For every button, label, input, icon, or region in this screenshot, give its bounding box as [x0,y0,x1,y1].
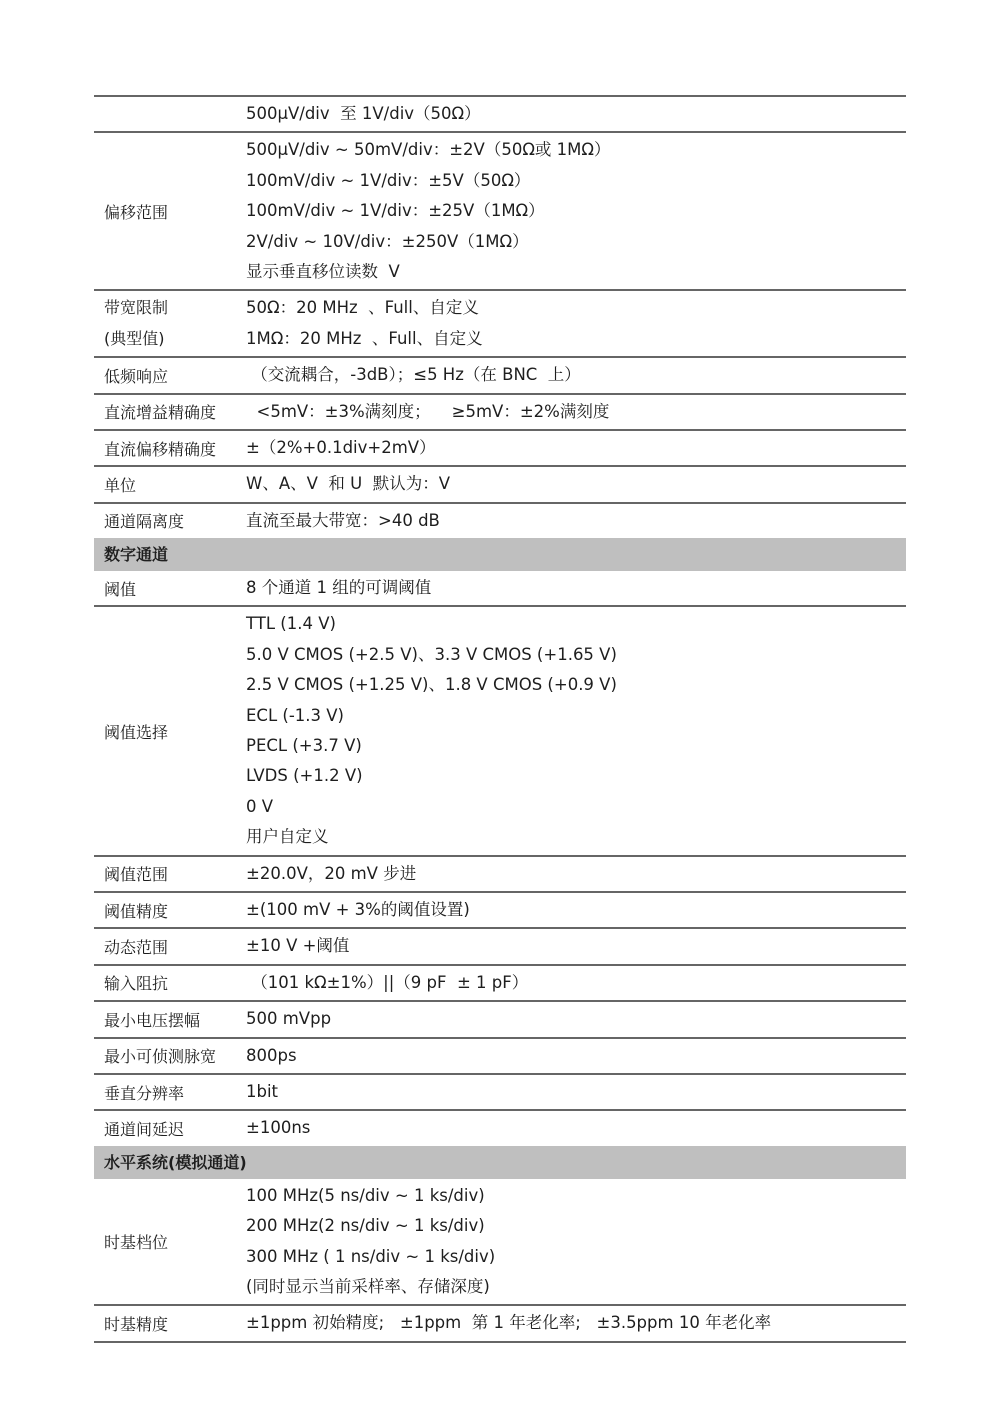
spec-row-vertical-sensitivity: 500μV/div 至 1V/div（50Ω） [94,95,906,133]
label-line: (典型值) [104,324,165,355]
value-line: （101 kΩ±1%）||（9 pF ± 1 pF） [246,968,906,998]
value-line: 100mV/div ~ 1V/div：±5V（50Ω） [246,166,906,196]
spec-row-offset-range: 偏移范围 500μV/div ~ 50mV/div：±2V（50Ω或 1MΩ） … [94,133,906,291]
value-line: ±1ppm 初始精度; ±1ppm 第 1 年老化率; ±3.5ppm 10 年… [246,1308,906,1338]
row-label: 动态范围 [94,929,246,963]
row-values: 500μV/div ~ 50mV/div：±2V（50Ω或 1MΩ） 100mV… [246,133,906,289]
spec-table: 500μV/div 至 1V/div（50Ω） 偏移范围 500μV/div ~… [94,95,906,1343]
spec-row-threshold: 阈值 8 个通道 1 组的可调阈值 [94,571,906,607]
spec-row-bandwidth-limit: 带宽限制 (典型值) 50Ω：20 MHz 、Full、自定义 1MΩ：20 M… [94,291,906,358]
value-line: 100mV/div ~ 1V/div：±25V（1MΩ） [246,196,906,226]
spec-row-threshold-accuracy: 阈值精度 ±(100 mV + 3%的阈值设置) [94,893,906,929]
row-values: ±20.0V，20 mV 步进 [246,857,906,891]
row-label: 阈值精度 [94,893,246,927]
row-label: 偏移范围 [94,133,246,289]
value-line: 800ps [246,1041,906,1071]
value-line: ±10 V +阈值 [246,931,906,961]
row-label: 最小可侦测脉宽 [94,1039,246,1073]
value-line: TTL (1.4 V) [246,609,906,639]
value-line: ECL (-1.3 V) [246,701,906,731]
spec-row-dc-offset-accuracy: 直流偏移精确度 ±（2%+0.1div+2mV） [94,431,906,467]
value-line: 300 MHz ( 1 ns/div ~ 1 ks/div) [246,1242,906,1272]
spec-row-dynamic-range: 动态范围 ±10 V +阈值 [94,929,906,965]
spec-row-units: 单位 W、A、V 和 U 默认为：V [94,467,906,503]
value-line: 50Ω：20 MHz 、Full、自定义 [246,293,906,323]
value-line: 2.5 V CMOS (+1.25 V)、1.8 V CMOS (+0.9 V) [246,670,906,700]
row-label: 直流偏移精确度 [94,431,246,465]
value-line: 1bit [246,1077,906,1107]
spec-row-channel-delay: 通道间延迟 ±100ns [94,1111,906,1145]
row-values: ±10 V +阈值 [246,929,906,963]
value-line: ±（2%+0.1div+2mV） [246,433,906,463]
value-line: ±(100 mV + 3%的阈值设置) [246,895,906,925]
value-line: 500 mVpp [246,1004,906,1034]
row-values: 800ps [246,1039,906,1073]
spec-row-dc-gain-accuracy: 直流增益精确度 <5mV：±3%满刻度； ≥5mV：±2%满刻度 [94,395,906,431]
row-label: 输入阻抗 [94,966,246,1000]
row-label: 带宽限制 (典型值) [94,291,246,356]
row-label: 时基档位 [94,1179,246,1305]
value-line: PECL (+3.7 V) [246,731,906,761]
row-values: W、A、V 和 U 默认为：V [246,467,906,501]
value-line: 0 V [246,792,906,822]
value-line: 500μV/div 至 1V/div（50Ω） [246,99,906,129]
spec-row-channel-isolation: 通道隔离度 直流至最大带宽：>40 dB [94,504,906,538]
value-line: 8 个通道 1 组的可调阈值 [246,573,906,603]
value-line: 2V/div ~ 10V/div：±250V（1MΩ） [246,227,906,257]
row-label: 直流增益精确度 [94,395,246,429]
spec-row-timebase-range: 时基档位 100 MHz(5 ns/div ~ 1 ks/div) 200 MH… [94,1179,906,1307]
row-label: 垂直分辨率 [94,1075,246,1109]
row-label: 通道间延迟 [94,1111,246,1145]
value-line: ±100ns [246,1113,906,1143]
row-label: 单位 [94,467,246,501]
value-line: (同时显示当前采样率、存储深度) [246,1272,906,1302]
row-values: ±（2%+0.1div+2mV） [246,431,906,465]
value-line: 显示垂直移位读数 V [246,257,906,287]
row-label: 最小电压摆幅 [94,1002,246,1036]
row-values: （101 kΩ±1%）||（9 pF ± 1 pF） [246,966,906,1000]
value-line: W、A、V 和 U 默认为：V [246,469,906,499]
row-label: 阈值选择 [94,607,246,854]
spec-row-low-freq-response: 低频响应 （交流耦合，-3dB）；≤5 Hz（在 BNC 上） [94,358,906,394]
value-line: 200 MHz(2 ns/div ~ 1 ks/div) [246,1211,906,1241]
spec-row-threshold-range: 阈值范围 ±20.0V，20 mV 步进 [94,857,906,893]
row-values: ±1ppm 初始精度; ±1ppm 第 1 年老化率; ±3.5ppm 10 年… [246,1306,906,1340]
value-line: 500μV/div ~ 50mV/div：±2V（50Ω或 1MΩ） [246,135,906,165]
section-header-horizontal-system: 水平系统(模拟通道) [94,1146,906,1179]
row-label [94,97,246,131]
row-label: 通道隔离度 [94,504,246,538]
spec-row-min-voltage-swing: 最小电压摆幅 500 mVpp [94,1002,906,1038]
row-label: 阈值范围 [94,857,246,891]
row-values: 100 MHz(5 ns/div ~ 1 ks/div) 200 MHz(2 n… [246,1179,906,1305]
row-values: ±(100 mV + 3%的阈值设置) [246,893,906,927]
value-line: 100 MHz(5 ns/div ~ 1 ks/div) [246,1181,906,1211]
row-values: 500 mVpp [246,1002,906,1036]
row-values: （交流耦合，-3dB）；≤5 Hz（在 BNC 上） [246,358,906,392]
value-line: 5.0 V CMOS (+2.5 V)、3.3 V CMOS (+1.65 V) [246,640,906,670]
row-values: 直流至最大带宽：>40 dB [246,504,906,538]
value-line: 直流至最大带宽：>40 dB [246,506,906,536]
row-values: 8 个通道 1 组的可调阈值 [246,571,906,605]
label-line: 带宽限制 [104,293,168,324]
value-line: 用户自定义 [246,822,906,852]
value-line: <5mV：±3%满刻度； ≥5mV：±2%满刻度 [246,397,906,427]
row-values: <5mV：±3%满刻度； ≥5mV：±2%满刻度 [246,395,906,429]
row-label: 低频响应 [94,358,246,392]
value-line: ±20.0V，20 mV 步进 [246,859,906,889]
section-header-digital-channels: 数字通道 [94,538,906,571]
row-values: 1bit [246,1075,906,1109]
row-label: 时基精度 [94,1306,246,1340]
row-values: ±100ns [246,1111,906,1145]
value-line: LVDS (+1.2 V) [246,761,906,791]
spec-row-vertical-resolution: 垂直分辨率 1bit [94,1075,906,1111]
row-values: TTL (1.4 V) 5.0 V CMOS (+2.5 V)、3.3 V CM… [246,607,906,854]
spec-row-min-pulse-width: 最小可侦测脉宽 800ps [94,1039,906,1075]
row-label: 阈值 [94,571,246,605]
row-values: 500μV/div 至 1V/div（50Ω） [246,97,906,131]
value-line: （交流耦合，-3dB）；≤5 Hz（在 BNC 上） [246,360,906,390]
spec-row-threshold-selection: 阈值选择 TTL (1.4 V) 5.0 V CMOS (+2.5 V)、3.3… [94,607,906,856]
value-line: 1MΩ：20 MHz 、Full、自定义 [246,324,906,354]
spec-row-input-impedance: 输入阻抗 （101 kΩ±1%）||（9 pF ± 1 pF） [94,966,906,1002]
row-values: 50Ω：20 MHz 、Full、自定义 1MΩ：20 MHz 、Full、自定… [246,291,906,356]
spec-row-timebase-accuracy: 时基精度 ±1ppm 初始精度; ±1ppm 第 1 年老化率; ±3.5ppm… [94,1306,906,1342]
